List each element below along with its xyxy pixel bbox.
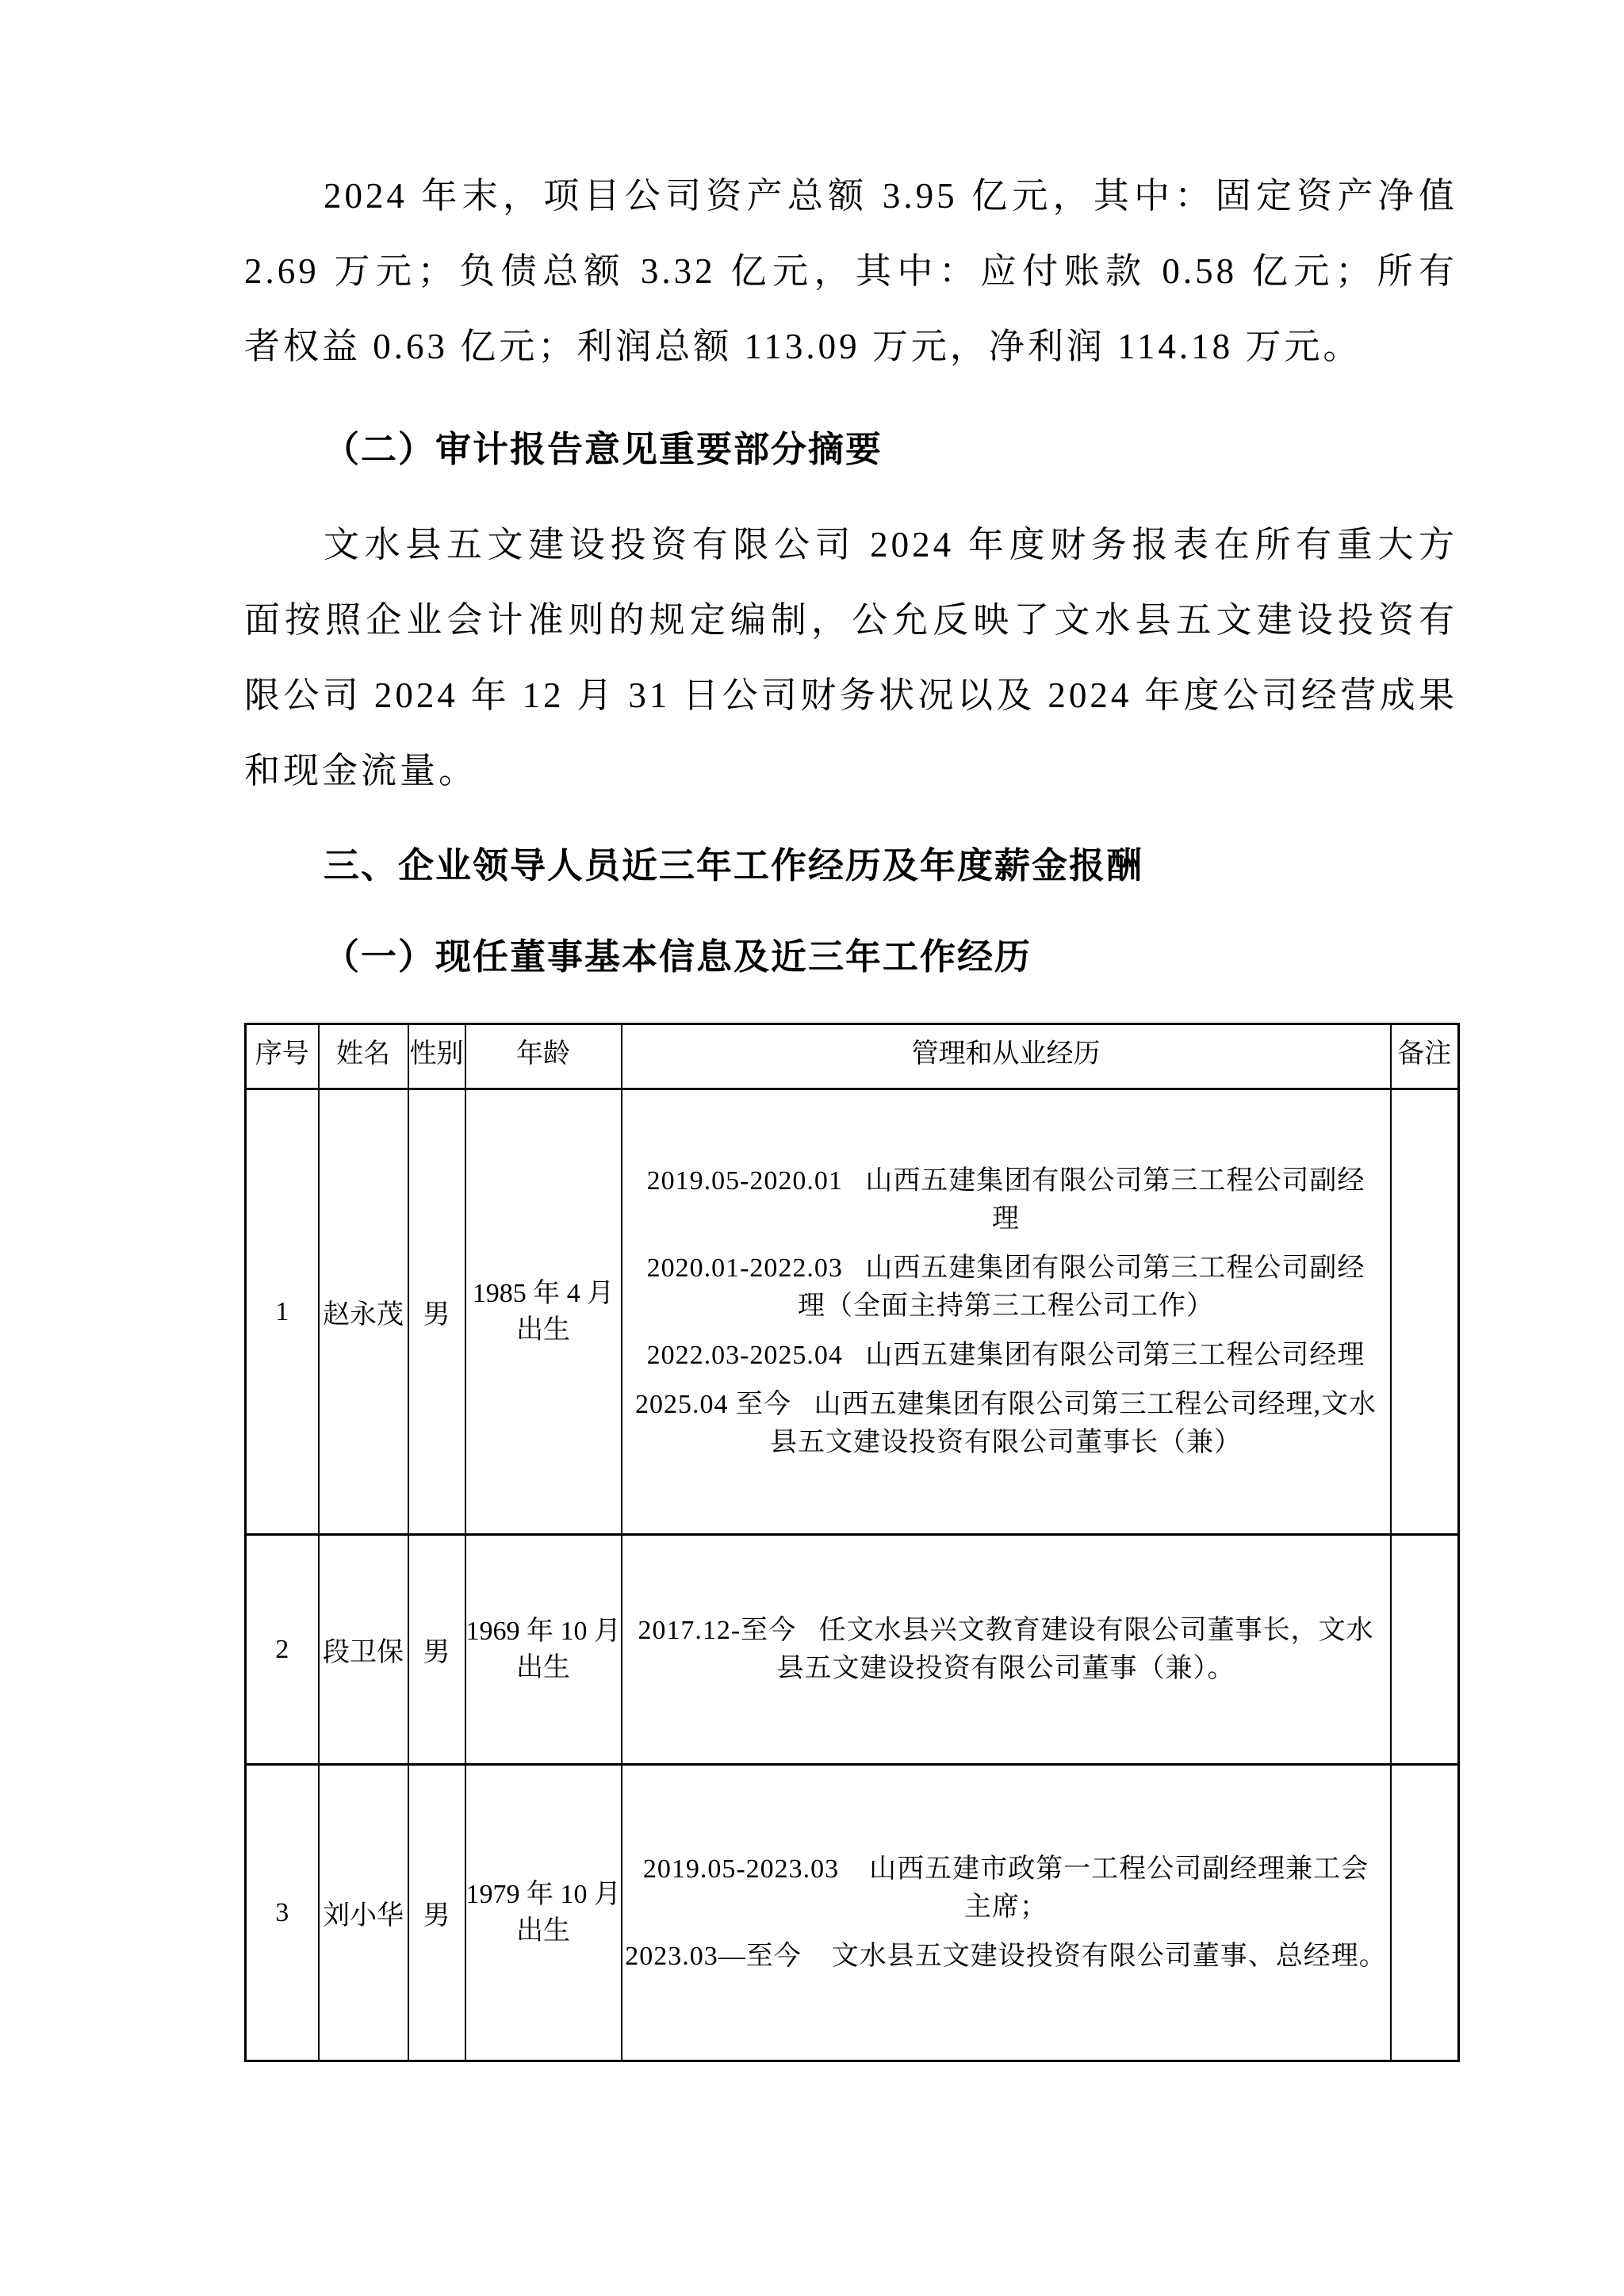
cell-no: 1 (246, 1089, 319, 1535)
heading-directors-subsection: （一）现任董事基本信息及近三年工作经历 (244, 920, 1457, 995)
age-line: 出生 (466, 1913, 621, 1950)
text-line: 者权益 0.63 亿元；利润总额 113.09 万元，净利润 114.18 万元… (244, 309, 1457, 385)
cell-remark (1391, 1765, 1459, 2061)
experience-line: 2019.05-2023.03 山西五建市政第一工程公司副经理兼工会 (622, 1850, 1390, 1888)
text-line: 限公司 2024 年 12 月 31 日公司财务状况以及 2024 年度公司经营… (244, 658, 1457, 733)
cell-no: 2 (246, 1535, 319, 1765)
experience-entry: 2017.12-至今 任文水县兴文教育建设有限公司董事长，文水县五文建设投资有限… (622, 1612, 1390, 1688)
experience-line: 2022.03-2025.04 山西五建集团有限公司第三工程公司经理 (622, 1337, 1390, 1375)
header-remark: 备注 (1391, 1024, 1459, 1089)
header-experience: 管理和从业经历 (622, 1024, 1391, 1089)
experience-entry: 2023.03—至今 文水县五文建设投资有限公司董事、总经理。 (622, 1938, 1390, 1976)
directors-table: 序号 姓名 性别 年龄 管理和从业经历 备注 1赵永茂男1985 年 4 月出生… (244, 1023, 1460, 2062)
document-content: 2024 年末，项目公司资产总额 3.95 亿元，其中：固定资产净值2.69 万… (244, 159, 1457, 2062)
cell-gender: 男 (408, 1535, 465, 1765)
cell-experience: 2019.05-2020.01 山西五建集团有限公司第三工程公司副经理2020.… (622, 1089, 1391, 1535)
age-line: 出生 (466, 1650, 621, 1686)
experience-line: 主席； (622, 1888, 1390, 1927)
experience-line: 县五文建设投资有限公司董事长（兼） (622, 1424, 1390, 1462)
experience-line: 县五文建设投资有限公司董事（兼）。 (622, 1650, 1390, 1688)
document-page: 2024 年末，项目公司资产总额 3.95 亿元，其中：固定资产净值2.69 万… (0, 0, 1624, 2296)
text-line: 和现金流量。 (244, 733, 1457, 809)
experience-line: 2017.12-至今 任文水县兴文教育建设有限公司董事长，文水 (622, 1612, 1390, 1650)
table-row: 2段卫保男1969 年 10 月出生2017.12-至今 任文水县兴文教育建设有… (246, 1535, 1459, 1765)
header-age: 年龄 (465, 1024, 622, 1089)
cell-experience: 2019.05-2023.03 山西五建市政第一工程公司副经理兼工会主席；202… (622, 1765, 1391, 2061)
header-name: 姓名 (319, 1024, 408, 1089)
cell-remark (1391, 1089, 1459, 1535)
experience-entry: 2019.05-2020.01 山西五建集团有限公司第三工程公司副经理 (622, 1162, 1390, 1238)
cell-gender: 男 (408, 1089, 465, 1535)
table-row: 1赵永茂男1985 年 4 月出生2019.05-2020.01 山西五建集团有… (246, 1089, 1459, 1535)
experience-entry: 2025.04 至今 山西五建集团有限公司第三工程公司经理,文水县五文建设投资有… (622, 1386, 1390, 1462)
experience-entry: 2022.03-2025.04 山西五建集团有限公司第三工程公司经理 (622, 1337, 1390, 1375)
header-gender: 性别 (408, 1024, 465, 1089)
table-row: 3刘小华男1979 年 10 月出生2019.05-2023.03 山西五建市政… (246, 1765, 1459, 2061)
table-header-row: 序号 姓名 性别 年龄 管理和从业经历 备注 (246, 1024, 1459, 1089)
experience-entry: 2020.01-2022.03 山西五建集团有限公司第三工程公司副经理（全面主持… (622, 1249, 1390, 1326)
cell-gender: 男 (408, 1765, 465, 2061)
age-line: 1979 年 10 月 (466, 1877, 621, 1913)
cell-name: 段卫保 (319, 1535, 408, 1765)
paragraph-audit-opinion: 文水县五文建设投资有限公司 2024 年度财务报表在所有重大方面按照企业会计准则… (244, 507, 1457, 809)
experience-line: 理（全面主持第三工程公司工作） (622, 1288, 1390, 1326)
text-line: 文水县五文建设投资有限公司 2024 年度财务报表在所有重大方 (244, 507, 1457, 583)
cell-name: 刘小华 (319, 1765, 408, 2061)
age-line: 1969 年 10 月 (466, 1613, 621, 1650)
cell-experience: 2017.12-至今 任文水县兴文教育建设有限公司董事长，文水县五文建设投资有限… (622, 1535, 1391, 1765)
cell-age: 1969 年 10 月出生 (465, 1535, 622, 1765)
text-line: 2.69 万元；负债总额 3.32 亿元，其中：应付账款 0.58 亿元；所有 (244, 234, 1457, 309)
age-line: 出生 (466, 1312, 621, 1349)
cell-age: 1985 年 4 月出生 (465, 1089, 622, 1535)
experience-line: 2023.03—至今 文水县五文建设投资有限公司董事、总经理。 (622, 1938, 1390, 1976)
heading-audit-opinion-summary: （二）审计报告意见重要部分摘要 (244, 412, 1457, 488)
experience-line: 2025.04 至今 山西五建集团有限公司第三工程公司经理,文水 (622, 1386, 1390, 1424)
heading-leaders-section: 三、企业领导人员近三年工作经历及年度薪金报酬 (244, 828, 1457, 904)
header-no: 序号 (246, 1024, 319, 1089)
text-line: 2024 年末，项目公司资产总额 3.95 亿元，其中：固定资产净值 (244, 159, 1457, 234)
paragraph-financial-summary: 2024 年末，项目公司资产总额 3.95 亿元，其中：固定资产净值2.69 万… (244, 159, 1457, 385)
text-line: 面按照企业会计准则的规定编制，公允反映了文水县五文建设投资有 (244, 583, 1457, 658)
experience-line: 2020.01-2022.03 山西五建集团有限公司第三工程公司副经 (622, 1249, 1390, 1288)
cell-age: 1979 年 10 月出生 (465, 1765, 622, 2061)
cell-no: 3 (246, 1765, 319, 2061)
experience-entry: 2019.05-2023.03 山西五建市政第一工程公司副经理兼工会主席； (622, 1850, 1390, 1927)
age-line: 1985 年 4 月 (466, 1276, 621, 1312)
cell-name: 赵永茂 (319, 1089, 408, 1535)
experience-line: 2019.05-2020.01 山西五建集团有限公司第三工程公司副经 (622, 1162, 1390, 1200)
experience-line: 理 (622, 1200, 1390, 1238)
cell-remark (1391, 1535, 1459, 1765)
